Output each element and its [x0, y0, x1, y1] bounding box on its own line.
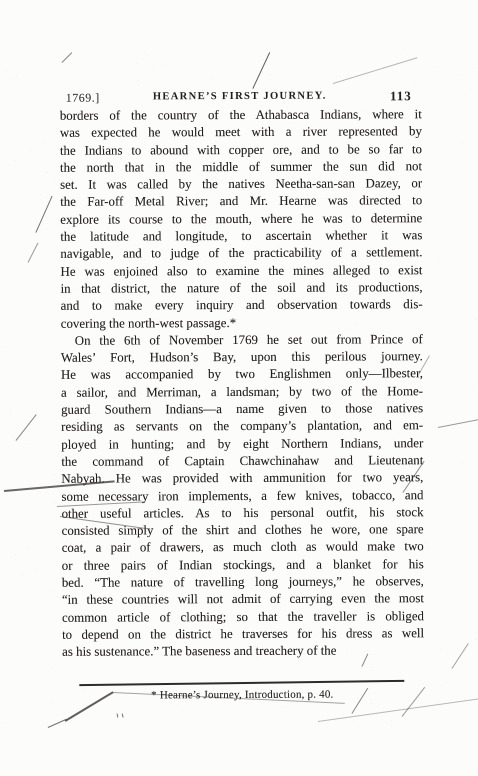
footnote: * Hearne’s Journey, Introduction, p. 40. — [62, 688, 422, 702]
text-line: as his sustenance.” The baseness and tre… — [62, 642, 424, 661]
text-line: covering the north-west passage.* — [61, 314, 423, 333]
page-body-text: borders of the country of the Athabasca … — [60, 106, 424, 661]
text-line: in that district, the nature of the soil… — [61, 279, 423, 298]
scanned-book-page: 1769.] HEARNE’S FIRST JOURNEY. 113 borde… — [0, 0, 478, 776]
text-line: Nabyah. He was provided with ammunition … — [61, 469, 423, 488]
text-line: borders of the country of the Athabasca … — [60, 106, 422, 125]
text-line: and to make every inquiry and observatio… — [61, 296, 423, 315]
text-line: set. It was called by the natives Neetha… — [60, 175, 422, 194]
text-line: ployed in hunting; and by eight Northern… — [61, 435, 423, 454]
text-line: the latitude and longitude, to ascertain… — [60, 227, 422, 246]
text-line: coat, a pair of drawers, as much cloth a… — [62, 539, 424, 558]
running-head: 1769.] HEARNE’S FIRST JOURNEY. 113 — [60, 88, 420, 106]
text-line: a sailor, and Merriman, a landsman; by t… — [61, 383, 423, 402]
text-line: to depend on the district he traverses f… — [62, 625, 424, 644]
text-line: On the 6th of November 1769 he set out f… — [61, 331, 423, 350]
text-line: He was enjoined also to examine the mine… — [60, 262, 422, 281]
header-year-label: 1769.] — [66, 91, 100, 106]
paragraph: On the 6th of November 1769 he set out f… — [61, 331, 424, 661]
text-line: was expected he would meet with a river … — [60, 123, 422, 142]
text-line: guard Southern Indians—a name given to t… — [61, 400, 423, 419]
text-line: other useful articles. As to his persona… — [62, 504, 424, 523]
footnote-rule — [79, 680, 404, 686]
text-line: the Far-off Metal River; and Mr. Hearne … — [60, 193, 422, 212]
paragraph: borders of the country of the Athabasca … — [60, 106, 423, 332]
text-line: common article of clothing; so that the … — [62, 608, 424, 627]
text-line: consisted simply of the shirt and clothe… — [62, 521, 424, 540]
text-line: navigable, and to judge of the practicab… — [60, 245, 422, 264]
text-line: explore its course to the mouth, where h… — [60, 210, 422, 229]
text-line: “in these countries will not admit of ca… — [62, 591, 424, 610]
header-page-number: 113 — [390, 88, 412, 104]
text-line: the north that in the middle of summer t… — [60, 158, 422, 177]
text-line: residing as servants on the company’s pl… — [61, 418, 423, 437]
text-line: some necessary iron implements, a few kn… — [61, 487, 423, 506]
text-line: or three pairs of Indian stockings, and … — [62, 556, 424, 575]
text-line: the Indians to abound with copper ore, a… — [60, 141, 422, 160]
text-line: the command of Captain Chawchinahaw and … — [61, 452, 423, 471]
text-line: He was accompanied by two Englishmen onl… — [61, 366, 423, 385]
text-line: Wales’ Fort, Hudson’s Bay, upon this per… — [61, 348, 423, 367]
header-title: HEARNE’S FIRST JOURNEY. — [153, 91, 327, 103]
text-line: bed. “The nature of travelling long jour… — [62, 573, 424, 592]
